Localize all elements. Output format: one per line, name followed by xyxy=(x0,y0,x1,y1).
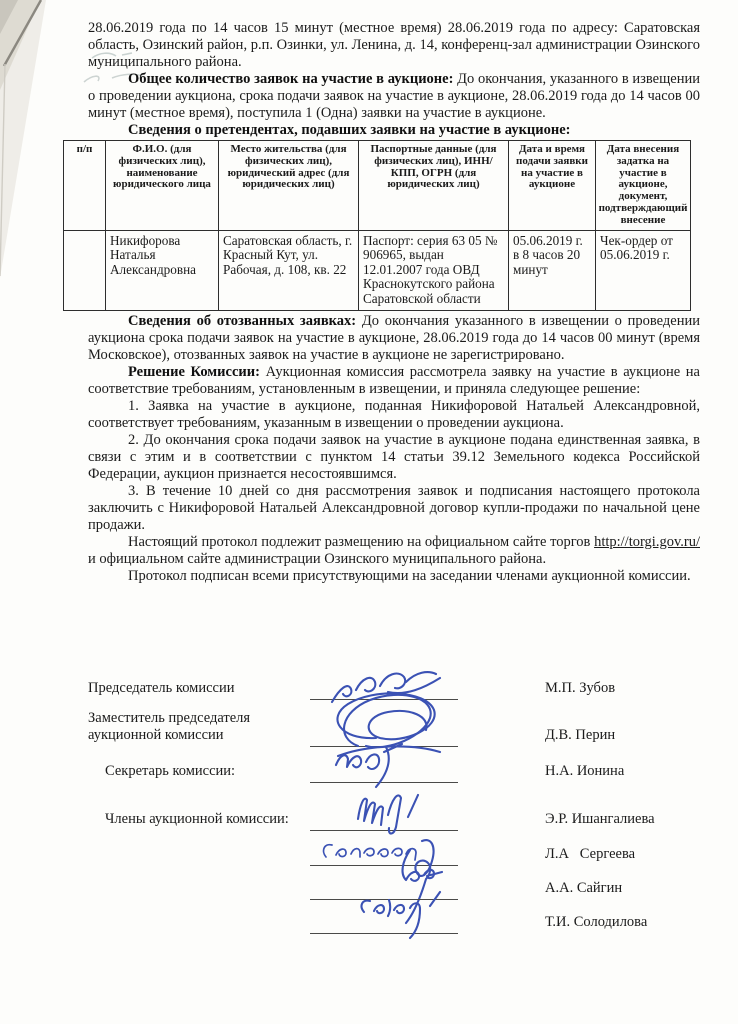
header-cell-num: п/п xyxy=(64,141,106,231)
cell-datetime: 05.06.2019 г. в 8 часов 20 минут xyxy=(509,230,596,310)
signature-label: Председатель комиссии xyxy=(88,680,310,700)
paragraph-decision-heading: Решение Комиссии: xyxy=(128,364,260,380)
applicants-table-title: Сведения о претендентах, подавших заявки… xyxy=(88,122,700,139)
signature-label xyxy=(88,863,310,866)
header-cell-deposit: Дата внесения задатка на участие в аукци… xyxy=(596,141,691,231)
document-body: 28.06.2019 года по 14 часов 15 минут (ме… xyxy=(88,20,700,585)
paragraph-total-applications-heading: Общее количество заявок на участие в аук… xyxy=(128,71,453,87)
cell-num xyxy=(64,230,106,310)
decision-item-2: 2. До окончания срока подачи заявок на у… xyxy=(88,432,700,483)
signature-block: Председатель комиссии М.П. Зубов Замести… xyxy=(88,668,700,934)
cell-passport: Паспорт: серия 63 05 № 906965, выдан 12.… xyxy=(359,230,509,310)
applicants-table-header-row: п/п Ф.И.О. (для физических лиц), наимено… xyxy=(64,141,691,231)
paragraph-intro: 28.06.2019 года по 14 часов 15 минут (ме… xyxy=(88,20,700,71)
header-cell-name: Ф.И.О. (для физических лиц), наименовани… xyxy=(106,141,219,231)
paragraph-decision: Решение Комиссии: Аукционная комиссия ра… xyxy=(88,364,700,398)
decision-item-1: 1. Заявка на участие в аукционе, поданна… xyxy=(88,398,700,432)
signature-name: Э.Р. Ишангалиева xyxy=(458,811,700,831)
signature-name: Т.И. Солодилова xyxy=(458,914,700,934)
cell-name: Никифорова Наталья Александровна xyxy=(106,230,219,310)
solodilova-signature xyxy=(318,886,468,942)
paragraph-signed: Протокол подписан всеми присутствующими … xyxy=(88,568,700,585)
applicants-table: п/п Ф.И.О. (для физических лиц), наимено… xyxy=(63,140,691,311)
signature-line xyxy=(310,746,458,783)
paragraph-publication-pre: Настоящий протокол подлежит размещению н… xyxy=(128,534,594,550)
signature-name: Д.В. Перин xyxy=(458,727,700,747)
applicant-row: Никифорова Наталья Александровна Саратов… xyxy=(64,230,691,310)
paragraph-publication-post: и официальном сайте администрации Озинск… xyxy=(88,551,546,567)
paragraph-total-applications: Общее количество заявок на участие в аук… xyxy=(88,71,700,122)
signature-label: Секретарь комиссии: xyxy=(88,763,310,783)
applicants-table-title-text: Сведения о претендентах, подавших заявки… xyxy=(128,122,571,138)
paragraph-withdrawn-heading: Сведения об отозванных заявках: xyxy=(128,313,356,329)
signature-row-member-4: Т.И. Солодилова xyxy=(88,900,700,934)
header-cell-address: Место жительства (для физических лиц), ю… xyxy=(219,141,359,231)
signature-name: Н.А. Ионина xyxy=(458,763,700,783)
scanned-protocol-page: 28.06.2019 года по 14 часов 15 минут (ме… xyxy=(0,0,738,1024)
signature-name: М.П. Зубов xyxy=(458,680,700,700)
signature-row-member-1: Члены аукционной комиссии: Э.Р. Ишангали… xyxy=(88,783,700,831)
signature-label: Члены аукционной комиссии: xyxy=(88,811,310,831)
paragraph-withdrawn: Сведения об отозванных заявках: До оконч… xyxy=(88,313,700,364)
signature-name: А.А. Сайгин xyxy=(458,880,700,900)
signature-name: Л.А Сергеева xyxy=(458,846,700,866)
header-cell-passport: Паспортные данные (для физических лиц), … xyxy=(359,141,509,231)
signature-line xyxy=(310,899,458,934)
paragraph-publication: Настоящий протокол подлежит размещению н… xyxy=(88,534,700,568)
torgi-url: http://torgi.gov.ru/ xyxy=(594,534,700,550)
signature-row-secretary: Секретарь комиссии: Н.А. Ионина xyxy=(88,747,700,783)
decision-item-3: 3. В течение 10 дней со дня рассмотрения… xyxy=(88,483,700,534)
cell-deposit: Чек-ордер от 05.06.2019 г. xyxy=(596,230,691,310)
signature-label: Заместитель председателя аукционной коми… xyxy=(88,710,310,747)
cell-address: Саратовская область, г. Красный Кут, ул.… xyxy=(219,230,359,310)
signature-line xyxy=(310,782,458,831)
header-cell-datetime: Дата и время подачи заявки на участие в … xyxy=(509,141,596,231)
